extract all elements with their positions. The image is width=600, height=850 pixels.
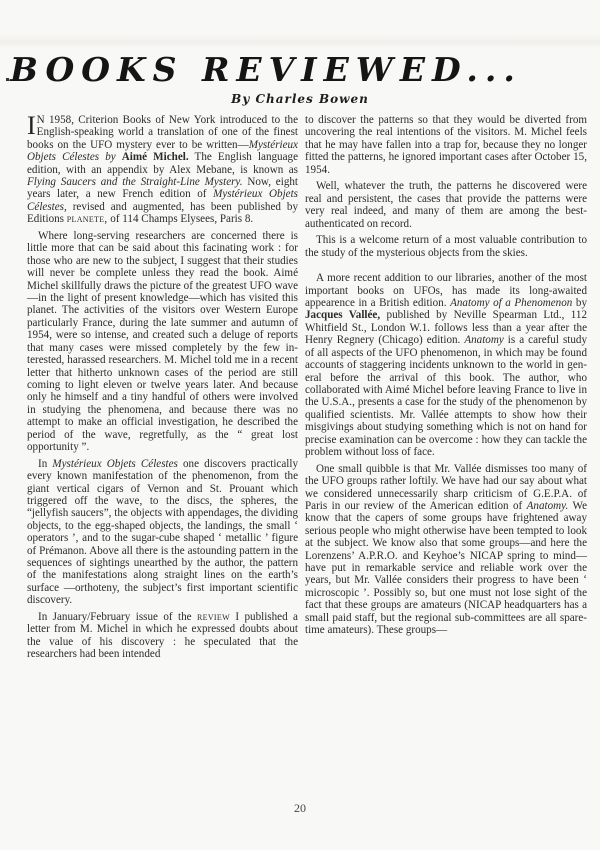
book-title: Anatomy of a Phenomenon — [450, 297, 572, 309]
paragraph: Well, whatever the truth, the patterns h… — [305, 180, 587, 230]
text-run: by — [572, 297, 587, 309]
publisher-name: plan­ete, — [67, 213, 108, 225]
paragraph: In January/February issue of the review … — [27, 611, 298, 661]
author-name: Jacques Vallée, — [305, 309, 380, 321]
paragraph: to discover the patterns so that they wo… — [305, 114, 587, 176]
book-title: Anatomy. — [527, 500, 569, 512]
drop-cap: I — [27, 115, 36, 137]
text-run: of 114 Champs Elysees, Paris 8. — [108, 213, 254, 225]
text-run: In January/February issue of the — [38, 611, 197, 623]
page-number: 20 — [0, 801, 600, 816]
title-text: BOOKS REVIEWED... — [10, 50, 522, 89]
author-name: Aimé Michel. — [122, 151, 189, 163]
stray-mark — [6, 78, 9, 81]
bleed-through-shadow — [0, 34, 600, 48]
paragraph: One small quibble is that Mr. Vallée dis… — [305, 463, 587, 637]
text-run: is a careful study of all aspects of the… — [305, 334, 587, 458]
page-title: BOOKS REVIEWED... — [10, 52, 590, 88]
text-run: one discovers practically every known ma… — [27, 458, 298, 606]
book-title: Flying Saucers and the Straight-Line Mys… — [27, 176, 243, 188]
book-title: Mystérieux Objets Célestes — [52, 458, 177, 470]
paragraph: In Mystérieux Objets Célestes one discov… — [27, 458, 298, 607]
byline: By Charles Bowen — [0, 92, 600, 106]
paragraph: Where long-serving researchers are conce… — [27, 230, 298, 453]
paragraph-intro: IN 1958, Criterion Books of New York int… — [27, 114, 298, 226]
left-column: IN 1958, Criterion Books of New York int… — [27, 114, 298, 665]
text-run: We know that the capers of some groups h… — [305, 500, 587, 636]
paragraph: This is a welcome return of a most valua… — [305, 234, 587, 259]
text-run: In — [38, 458, 52, 470]
right-column: to discover the patterns so that they wo… — [305, 114, 587, 641]
magazine-name: review — [197, 611, 230, 623]
paragraph: A more recent addition to our libraries,… — [305, 272, 587, 458]
book-title: An­atomy — [464, 334, 503, 346]
